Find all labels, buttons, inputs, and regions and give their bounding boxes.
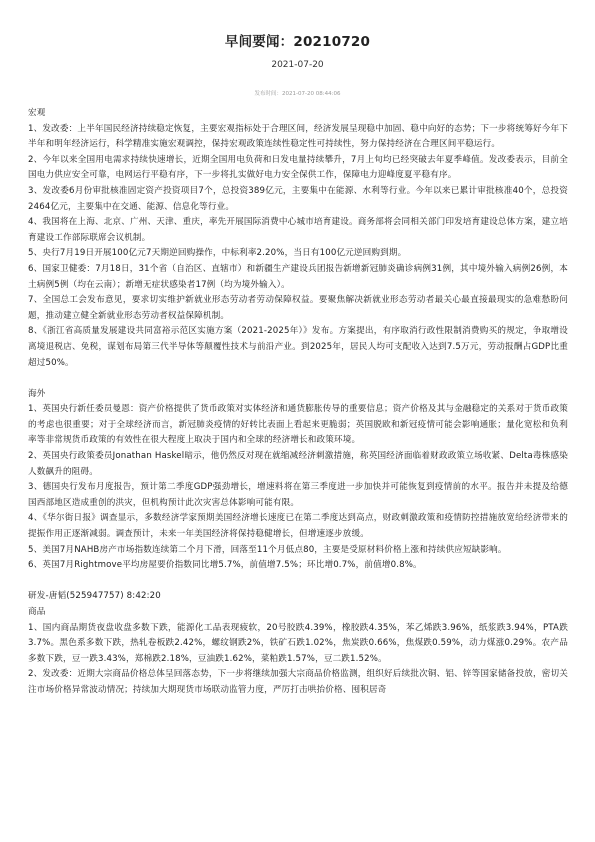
section-commodities: 商品 1、国内商品期货夜盘收盘多数下跌，能源化工品表现疲软，20号胶跌4.39%… — [28, 605, 568, 699]
document-page: 早间要闻：20210720 2021-07-20 发布时间：2021-07-20… — [0, 0, 595, 842]
page-title: 早间要闻：20210720 — [0, 30, 595, 50]
section-heading-macro: 宏观 — [28, 106, 568, 122]
report-date: 2021-07-20 — [0, 60, 595, 70]
section-overseas: 海外 1、英国央行新任委员曼恩：资产价格提供了货币政策对实体经济和通货膨胀传导的… — [28, 387, 568, 574]
section-macro: 宏观 1、发改委：上半年国民经济持续稳定恢复，主要宏观指标处于合理区间，经济发展… — [28, 106, 568, 371]
news-item: 6、国家卫健委：7月18日，31个省（自治区、直辖市）和新疆生产建设兵团报告新增… — [28, 262, 568, 293]
news-item: 2、发改委：近期大宗商品价格总体呈回落态势，下一步将继续加强大宗商品价格监测，组… — [28, 667, 568, 698]
news-item: 7、全国总工会发布意见，要求切实维护新就业形态劳动者劳动保障权益。要聚焦解决新就… — [28, 293, 568, 324]
spacer — [28, 574, 568, 590]
news-item: 8、《浙江省高质量发展建设共同富裕示范区实施方案（2021-2025年）》发布。… — [28, 324, 568, 371]
news-item: 3、德国央行发布月度报告，预计第二季度GDP强劲增长，增速料将在第三季度进一步加… — [28, 480, 568, 511]
news-item: 2、今年以来全国用电需求持续快速增长，近期全国用电负荷和日发电量持续攀升，7月上… — [28, 153, 568, 184]
news-item: 5、央行7月19日开展100亿元7天期逆回购操作，中标利率2.20%，当日有10… — [28, 246, 568, 262]
news-item: 2、英国央行政策委员Jonathan Haskel暗示，他仍然反对现在就缩减经济… — [28, 449, 568, 480]
publish-time: 发布时间：2021-07-20 08:44:06 — [0, 89, 595, 97]
news-item: 1、发改委：上半年国民经济持续稳定恢复，主要宏观指标处于合理区间，经济发展呈现稳… — [28, 122, 568, 153]
news-item: 6、英国7月Rightmove平均房屋要价指数同比增5.7%，前值增7.5%；环… — [28, 558, 568, 574]
spacer — [28, 371, 568, 387]
section-heading-commodities: 商品 — [28, 605, 568, 621]
news-item: 4、《华尔街日报》调查显示，多数经济学家预期美国经济增长速度已在第二季度达到高点… — [28, 511, 568, 542]
article-body: 宏观 1、发改委：上半年国民经济持续稳定恢复，主要宏观指标处于合理区间，经济发展… — [28, 106, 568, 699]
news-item: 4、我国将在上海、北京、广州、天津、重庆，率先开展国际消费中心城市培育建设。商务… — [28, 215, 568, 246]
section-heading-overseas: 海外 — [28, 387, 568, 403]
news-item: 3、发改委6月份审批核准固定资产投资项目7个，总投资389亿元，主要集中在能源、… — [28, 184, 568, 215]
news-item: 1、英国央行新任委员曼恩：资产价格提供了货币政策对实体经济和通货膨胀传导的重要信… — [28, 402, 568, 449]
news-item: 1、国内商品期货夜盘收盘多数下跌，能源化工品表现疲软，20号胶跌4.39%，橡胶… — [28, 621, 568, 668]
news-item: 5、美国7月NAHB房产市场指数连续第二个月下滑，回落至11个月低点80，主要是… — [28, 543, 568, 559]
author-line: 研发-唐韬(525947757) 8:42:20 — [28, 589, 568, 605]
